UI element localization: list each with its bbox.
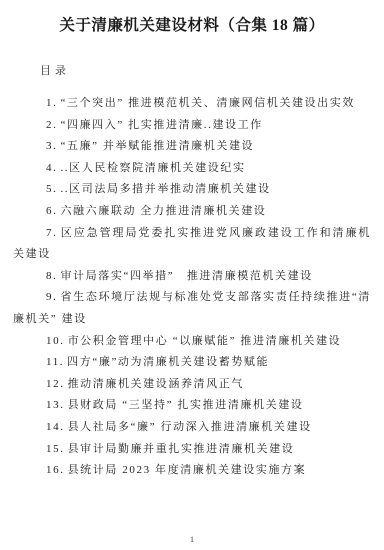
toc-item-number: 2. bbox=[46, 119, 57, 131]
toc-heading: 目录 bbox=[40, 62, 384, 78]
toc-item-text: 县统计局 2023 年度清廉机关建设实施方案 bbox=[68, 464, 307, 476]
toc-item: 2.“四廉四入” 扎实推进清廉..建设工作 bbox=[13, 115, 371, 137]
toc-item: 9.省生态环境厅法规与标准处党支部落实责任持续推进“清廉机关” 建设 bbox=[13, 287, 371, 330]
toc-item-text: “三个突出” 推进模范机关、清廉网信机关建设出实效 bbox=[60, 97, 355, 109]
toc-item-number: 5. bbox=[46, 183, 57, 195]
toc-item-number: 16. bbox=[46, 464, 65, 476]
toc-item: 5...区司法局多措并举推动清廉机关建设 bbox=[13, 179, 371, 201]
toc-list: 1.“三个突出” 推进模范机关、清廉网信机关建设出实效2.“四廉四入” 扎实推进… bbox=[13, 93, 371, 482]
toc-item: 8.审计局落实“四举措” 推进清廉模范机关建设 bbox=[13, 266, 371, 288]
toc-item-number: 9. bbox=[46, 291, 57, 303]
toc-item-text: 区应急管理局党委扎实推进党风廉政建设工作和清廉机关建设 bbox=[13, 227, 371, 261]
toc-item: 4...区人民检察院清廉机关建设纪实 bbox=[13, 158, 371, 180]
toc-item-number: 1. bbox=[46, 97, 57, 109]
toc-item-text: 推动清廉机关建设涵养清风正气 bbox=[68, 378, 244, 390]
toc-item-text: 县财政局 “三坚持” 扎实推进清廉机关建设 bbox=[68, 399, 304, 411]
document-page: 关于清廉机关建设材料（合集 18 篇） 目录 1.“三个突出” 推进模范机关、清… bbox=[0, 0, 384, 550]
toc-item: 3.“五廉” 并举赋能推进清廉机关建设 bbox=[13, 136, 371, 158]
toc-item-text: 四方“廉”动为清廉机关建设蓄势赋能 bbox=[67, 356, 269, 368]
toc-item-number: 10. bbox=[46, 335, 65, 347]
toc-item: 7.区应急管理局党委扎实推进党风廉政建设工作和清廉机关建设 bbox=[13, 223, 371, 266]
toc-item-text: 省生态环境厅法规与标准处党支部落实责任持续推进“清廉机关” 建设 bbox=[13, 291, 371, 325]
toc-item-text: 审计局落实“四举措” 推进清廉模范机关建设 bbox=[60, 270, 312, 282]
toc-item: 13.县财政局 “三坚持” 扎实推进清廉机关建设 bbox=[13, 395, 371, 417]
toc-item-number: 7. bbox=[46, 227, 57, 239]
toc-item: 6.六融六廉联动 全力推进清廉机关建设 bbox=[13, 201, 371, 223]
toc-item: 16.县统计局 2023 年度清廉机关建设实施方案 bbox=[13, 460, 371, 482]
toc-item: 12.推动清廉机关建设涵养清风正气 bbox=[13, 374, 371, 396]
toc-item-text: ..区司法局多措并举推动清廉机关建设 bbox=[60, 183, 270, 195]
toc-item-number: 15. bbox=[46, 443, 65, 455]
toc-item-text: 县人社局多“廉” 行动深入推进清廉机关建设 bbox=[68, 421, 312, 433]
toc-item-text: “五廉” 并举赋能推进清廉机关建设 bbox=[60, 140, 254, 152]
toc-item-text: 县审计局勤廉并重扎实推进清廉机关建设 bbox=[68, 443, 295, 455]
toc-item-text: 市公积金管理中心 “以廉赋能” 推进清廉机关建设 bbox=[68, 335, 342, 347]
toc-item-text: “四廉四入” 扎实推进清廉..建设工作 bbox=[60, 119, 262, 131]
toc-item: 11.四方“廉”动为清廉机关建设蓄势赋能 bbox=[13, 352, 371, 374]
toc-item-number: 8. bbox=[46, 270, 57, 282]
toc-item-number: 6. bbox=[46, 205, 57, 217]
toc-item-text: 六融六廉联动 全力推进清廉机关建设 bbox=[60, 205, 266, 217]
toc-item: 15.县审计局勤廉并重扎实推进清廉机关建设 bbox=[13, 439, 371, 461]
toc-item-number: 4. bbox=[46, 162, 57, 174]
toc-item-number: 3. bbox=[46, 140, 57, 152]
page-title: 关于清廉机关建设材料（合集 18 篇） bbox=[0, 0, 384, 35]
toc-item: 1.“三个突出” 推进模范机关、清廉网信机关建设出实效 bbox=[13, 93, 371, 115]
toc-item-number: 11. bbox=[46, 356, 64, 368]
toc-item: 14.县人社局多“廉” 行动深入推进清廉机关建设 bbox=[13, 417, 371, 439]
toc-item-number: 13. bbox=[46, 399, 65, 411]
page-number: 1 bbox=[0, 535, 384, 544]
toc-item-text: ..区人民检察院清廉机关建设纪实 bbox=[60, 162, 245, 174]
toc-item-number: 12. bbox=[46, 378, 65, 390]
toc-item: 10.市公积金管理中心 “以廉赋能” 推进清廉机关建设 bbox=[13, 331, 371, 353]
toc-item-number: 14. bbox=[46, 421, 65, 433]
